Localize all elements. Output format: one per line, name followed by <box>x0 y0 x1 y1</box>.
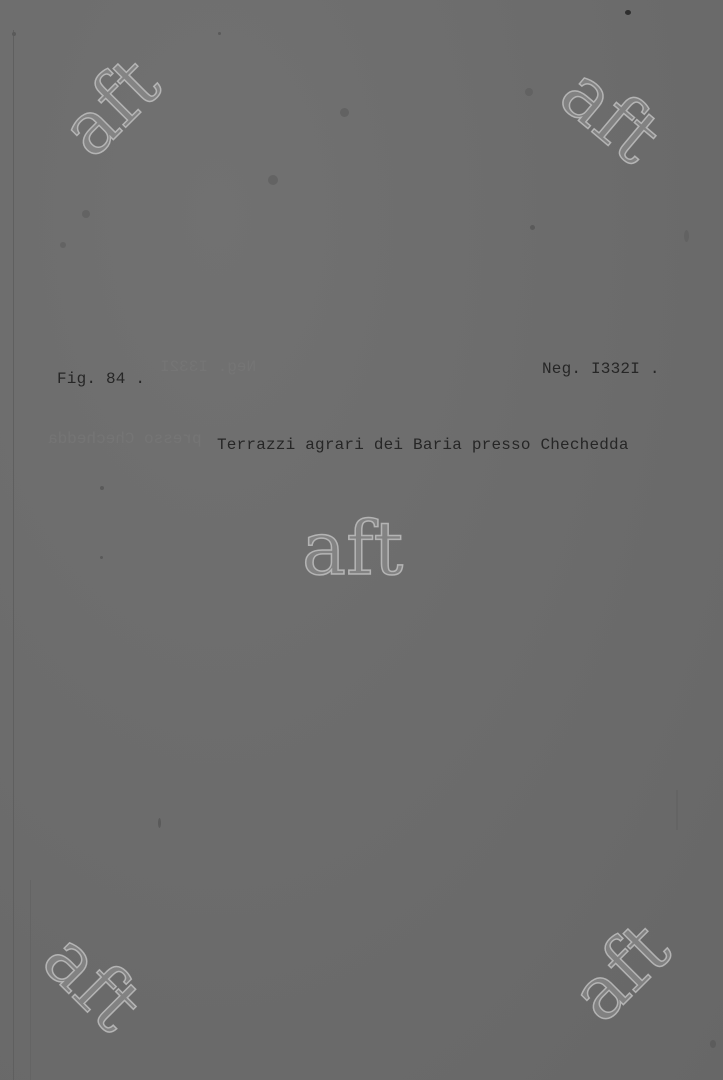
watermark-center: aft <box>302 512 403 586</box>
dust-speck <box>82 210 90 218</box>
page-edge-line <box>13 30 14 1080</box>
dust-speck <box>100 486 104 490</box>
dust-speck <box>218 32 221 35</box>
scanned-page: Neg. I332I presso Chechedda Fig. 84 . Ne… <box>0 0 723 1080</box>
dust-speck <box>625 10 631 15</box>
figure-label: Fig. 84 . <box>57 370 145 388</box>
watermark-bottom-left: aft <box>31 920 155 1044</box>
scratch <box>676 790 678 830</box>
negative-number: Neg. I332I . <box>542 360 660 378</box>
dust-speck <box>158 818 161 828</box>
dust-speck <box>710 1040 716 1048</box>
dust-speck <box>340 108 349 117</box>
dust-speck <box>268 175 278 185</box>
watermark-top-right: aft <box>548 54 673 176</box>
dust-speck <box>530 225 535 230</box>
bleed-through-text: Neg. I332I <box>160 358 256 376</box>
watermark-top-left: aft <box>49 45 173 169</box>
dust-speck <box>684 230 689 242</box>
caption: Terrazzi agrari dei Baria presso Cheched… <box>217 436 629 454</box>
bleed-through-text: presso Chechedda <box>48 430 202 448</box>
dust-speck <box>12 32 16 36</box>
watermark-bottom-right: aft <box>559 910 683 1034</box>
dust-speck <box>525 88 533 96</box>
dust-speck <box>100 556 103 559</box>
dust-speck <box>60 242 66 248</box>
